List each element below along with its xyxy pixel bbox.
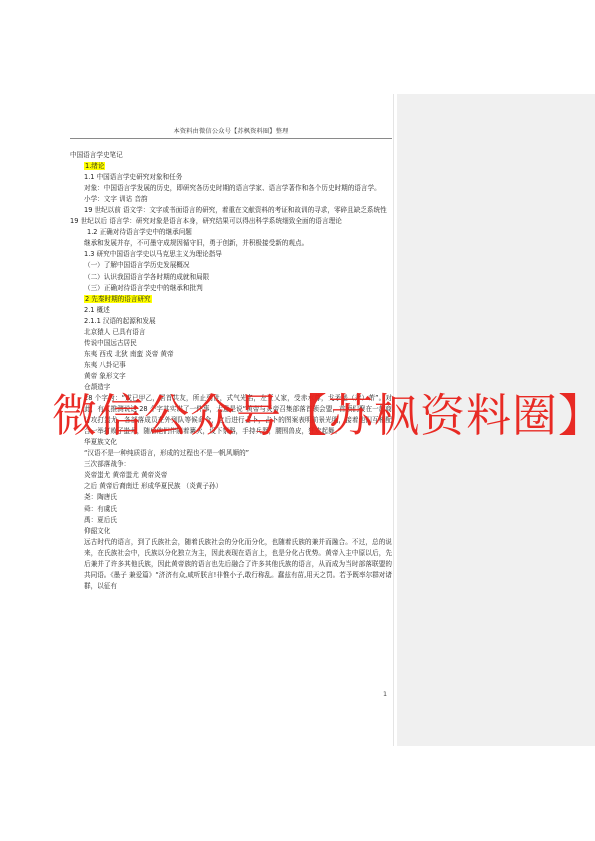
text-line: 炎帝蚩尤 黄帝蚩尤 黄帝炎帝 xyxy=(70,470,392,481)
subheading: 2.1.1 汉语的起源和发展 xyxy=(70,316,392,327)
text-line: 尧：陶唐氏 xyxy=(70,492,392,503)
text-line: 东夷 八卦记事 xyxy=(70,360,392,371)
paragraph: 对象：中国语言学发展的历史，即研究各历史时期的语言学家、语言学著作和各个历史时期… xyxy=(70,183,392,194)
watermark-overlay: 微信公众号【苏枫资料圈】 xyxy=(52,391,595,441)
highlighted-heading: 1.绪论 xyxy=(84,162,105,170)
text-line: 黄帝 象形文字 xyxy=(70,371,392,382)
subheading: 1.2 正确对待语言学史中的继承问题 xyxy=(70,227,392,238)
document-body: 中国语言学史笔记 1.绪论 1.1 中国语言学史研究对象和任务 对象：中国语言学… xyxy=(70,150,392,592)
paragraph: 19 世纪以后 语言学：研究对象是语言本身，研究结果可以得出科学系统细致全面的语… xyxy=(70,216,392,227)
text-line: 三次部落战争： xyxy=(70,459,392,470)
text-line: 北京猿人 已具有语言 xyxy=(70,327,392,338)
text-line: 继承和发展并存，不可墨守成规因循守旧，勇于创新，并积极接受新的观点。 xyxy=(70,238,392,249)
heading-1: 1.绪论 xyxy=(70,161,392,172)
text-line: 舜：有虞氏 xyxy=(70,504,392,515)
highlighted-heading: 2 先秦时期的语言研究 xyxy=(84,295,152,303)
subheading: 2.1 概述 xyxy=(70,305,392,316)
list-item: （三）正确对待语言学史中的继承和批判 xyxy=(70,283,392,294)
paragraph: 远古时代的语言，到了氏族社会，随着氏族社会的分化而分化，也随着氏族的兼并而融合。… xyxy=(70,537,392,592)
header-divider xyxy=(70,138,392,139)
list-item: （二）认识我国语言学各时期的成就和局限 xyxy=(70,272,392,283)
page-number: 1 xyxy=(383,690,387,698)
document-title: 中国语言学史笔记 xyxy=(70,150,392,161)
subheading: 1.3 研究中国语言学史以马克思主义为理论指导 xyxy=(70,249,392,260)
paragraph: 19 世纪以前 语文学：文字或书面语言的研究，着重在文献资料的考证和故训的寻求，… xyxy=(70,205,392,216)
text-line: “汉语不是一种纯质语言，形成的过程也不是一帆风顺的” xyxy=(70,448,392,459)
page-header: 本资料由微信公众号【苏枫资料圈】整理 xyxy=(70,126,392,135)
subheading: 1.1 中国语言学史研究对象和任务 xyxy=(70,172,392,183)
text-line: 东夷 西戎 北狄 南蛮 炎帝 黄帝 xyxy=(70,349,392,360)
text-line: 之后 黄帝后裔南迁 形成华夏民族 （炎黄子孙） xyxy=(70,481,392,492)
text-line: 传说中国远古居民 xyxy=(70,338,392,349)
heading-2: 2 先秦时期的语言研究 xyxy=(70,294,392,305)
text-line: 禹：夏后氏 xyxy=(70,515,392,526)
text-line: 仰韶文化 xyxy=(70,526,392,537)
text-line: 小学：文字 训诂 音韵 xyxy=(70,194,392,205)
list-item: （一）了解中国语言学历史发展概况 xyxy=(70,260,392,271)
